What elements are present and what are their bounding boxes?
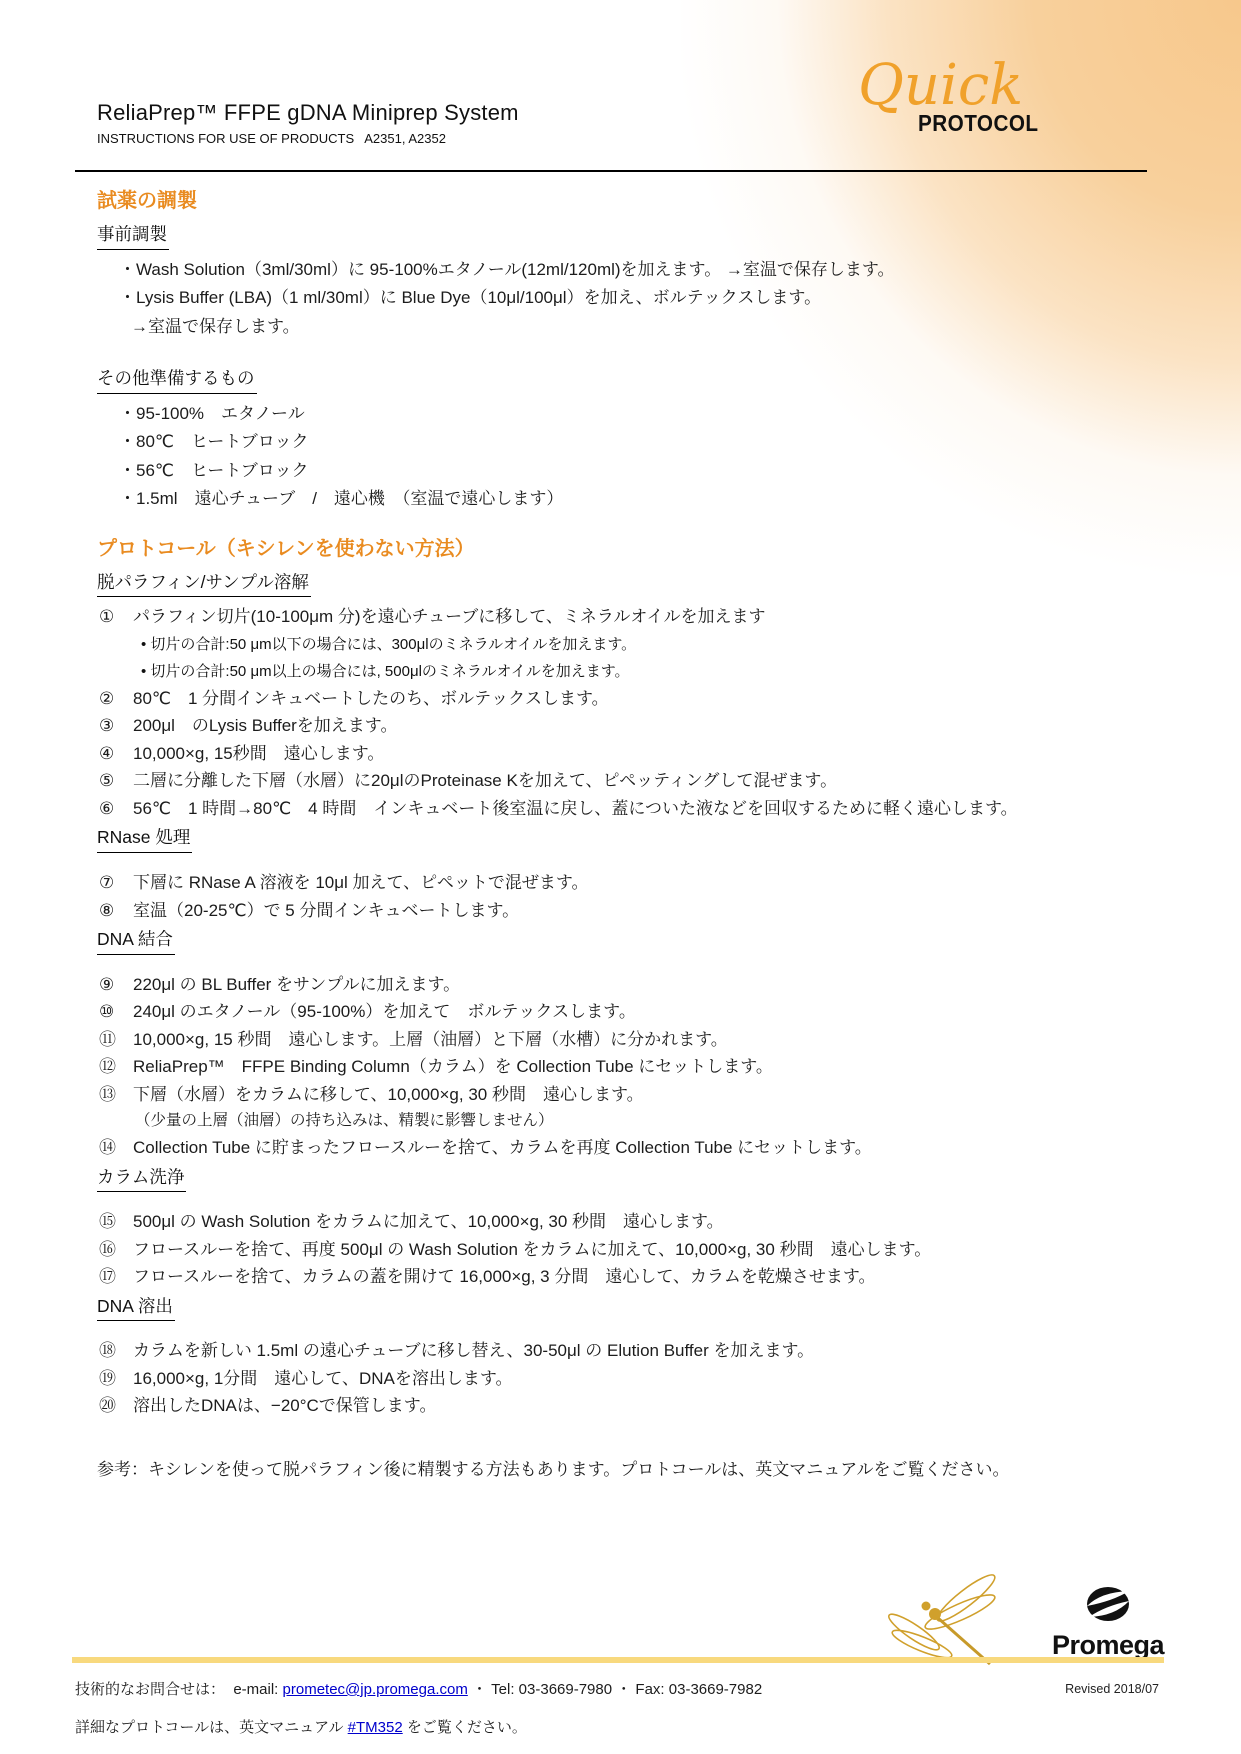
step-text: 下層（水層）をカラムに移して、10,000×g, 30 秒間 遠心します。 [133,1081,1172,1109]
subheading-advance-prep: 事前調製 [97,223,169,250]
manual-tm352-link[interactable]: #TM352 [348,1719,403,1736]
protocol-step-18: ⑱ カラムを新しい 1.5ml の遠心チューブに移し替え、30-50μl の E… [97,1337,1172,1365]
header-divider [75,170,1147,172]
reagent-pre-item-continuation: →室温で保存します。 [97,313,1172,342]
footer-contact-line: 技術的なお問合せは： e-mail: prometec@jp.promega.c… [75,1678,762,1699]
step-text: 二層に分離した下層（水層）に20μlのProteinase Kを加えて、ピペッテ… [133,767,1172,795]
email-link[interactable]: prometec@jp.promega.com [283,1681,468,1698]
protocol-step-7: ⑦ 下層に RNase A 溶液を 10μl 加えて、ピペットで混ぜます。 [97,869,1172,897]
subheading-column-wash: カラム洗浄 [97,1166,186,1193]
step-number: ② [97,685,133,713]
step-number: ① [97,603,133,631]
step-number: ⑯ [97,1236,133,1264]
step-number: ⑱ [97,1337,133,1365]
step-text: フロースルーを捨て、カラムの蓋を開けて 16,000×g, 3 分間 遠心して、… [133,1263,1172,1291]
manual-text-after: をご覧ください。 [403,1719,527,1736]
step-number: ⑧ [97,897,133,925]
contact-label: 技術的なお問合せは： e-mail: [75,1681,283,1698]
step-number: ③ [97,712,133,740]
step-number: ⑪ [97,1026,133,1054]
other-item: ・95-100% エタノール [97,400,1172,429]
step-text: 16,000×g, 1分間 遠心して、DNAを溶出します。 [133,1365,1172,1393]
step-text: カラムを新しい 1.5ml の遠心チューブに移し替え、30-50μl の Elu… [133,1337,1172,1365]
page-title: ReliaPrep™ FFPE gDNA Miniprep System [97,100,519,126]
step-text: Collection Tube に貯まったフロースルーを捨て、カラムを再度 Co… [133,1134,1172,1162]
step-number: ⑦ [97,869,133,897]
section-heading-protocol: プロトコール（キシレンを使わない方法） [97,536,1172,562]
step-text: 220μl の BL Buffer をサンプルに加えます。 [133,971,1172,999]
protocol-step-6: ⑥ 56℃ 1 時間→80℃ 4 時間 インキュベート後室温に戻し、蓋についた液… [97,795,1172,823]
protocol-step-17: ⑰ フロースルーを捨て、カラムの蓋を開けて 16,000×g, 3 分間 遠心し… [97,1263,1172,1291]
protocol-step-11: ⑪ 10,000×g, 15 秒間 遠心します。上層（油層）と下層（水槽）に分か… [97,1026,1172,1054]
revised-date: Revised 2018/07 [1065,1682,1159,1696]
step-text: フロースルーを捨て、再度 500μl の Wash Solution をカラムに… [133,1236,1172,1264]
contact-phone-fax: ・ Tel: 03-3669-7980 ・ Fax: 03-3669-7982 [468,1681,762,1698]
step-number: ⑫ [97,1053,133,1081]
step-13-note: （少量の上層（油層）の持ち込みは、精製に影響しません） [97,1108,1172,1134]
footer-gold-bar [72,1657,1164,1663]
document-header: ReliaPrep™ FFPE gDNA Miniprep System INS… [97,100,519,146]
protocol-step-5: ⑤ 二層に分離した下層（水層）に20μlのProteinase Kを加えて、ピペ… [97,767,1172,795]
protocol-step-10: ⑩ 240μl のエタノール（95-100%）を加えて ボルテックスします。 [97,998,1172,1026]
protocol-step-13: ⑬ 下層（水層）をカラムに移して、10,000×g, 30 秒間 遠心します。 [97,1081,1172,1109]
step-text: 下層に RNase A 溶液を 10μl 加えて、ピペットで混ぜます。 [133,869,1172,897]
reagent-pre-item: ・Wash Solution（3ml/30ml）に 95-100%エタノール(1… [97,256,1172,285]
protocol-step-2: ② 80℃ 1 分間インキュベートしたのち、ボルテックスします。 [97,685,1172,713]
other-item: ・80℃ ヒートブロック [97,428,1172,457]
step-text: 500μl の Wash Solution をカラムに加えて、10,000×g,… [133,1208,1172,1236]
promega-logo: Promega [1048,1585,1168,1661]
step-1-note: • 切片の合計:50 μm以下の場合には、300μlのミネラルオイルを加えます。 [97,631,1172,658]
protocol-step-14: ⑭ Collection Tube に貯まったフロースルーを捨て、カラムを再度 … [97,1134,1172,1162]
step-text: 10,000×g, 15 秒間 遠心します。上層（油層）と下層（水槽）に分かれま… [133,1026,1172,1054]
step-number: ⑭ [97,1134,133,1162]
step-text: 室温（20-25℃）で 5 分間インキュベートします。 [133,897,1172,925]
step-number: ⑩ [97,998,133,1026]
protocol-step-3: ③ 200μl のLysis Bufferを加えます。 [97,712,1172,740]
subheading-rnase-treatment: RNase 処理 [97,826,192,853]
protocol-step-20: ⑳ 溶出したDNAは、−20°Cで保管します。 [97,1392,1172,1420]
step-number: ⑨ [97,971,133,999]
step-text: 56℃ 1 時間→80℃ 4 時間 インキュベート後室温に戻し、蓋についた液など… [133,795,1172,823]
reagent-pre-item: ・Lysis Buffer (LBA)（1 ml/30ml）に Blue Dye… [97,284,1172,313]
protocol-step-15: ⑮ 500μl の Wash Solution をカラムに加えて、10,000×… [97,1208,1172,1236]
subheading-dna-binding: DNA 結合 [97,928,175,955]
step-number: ⑥ [97,795,133,823]
protocol-step-19: ⑲ 16,000×g, 1分間 遠心して、DNAを溶出します。 [97,1365,1172,1393]
protocol-step-16: ⑯ フロースルーを捨て、再度 500μl の Wash Solution をカラ… [97,1236,1172,1264]
step-text: 10,000×g, 15秒間 遠心します。 [133,740,1172,768]
subheading-deparaffinization: 脱パラフィン/サンプル溶解 [97,571,311,598]
protocol-step-4: ④ 10,000×g, 15秒間 遠心します。 [97,740,1172,768]
quick-protocol-logo: Quick PROTOCOL [858,58,1118,148]
footer-manual-line: 詳細なプロトコールは、英文マニュアル #TM352 をご覧ください。 [75,1716,527,1737]
protocol-step-12: ⑫ ReliaPrep™ FFPE Binding Column（カラム）を C… [97,1053,1172,1081]
step-number: ⑮ [97,1208,133,1236]
protocol-step-8: ⑧ 室温（20-25℃）で 5 分間インキュベートします。 [97,897,1172,925]
other-item: ・56℃ ヒートブロック [97,457,1172,486]
quick-logo-text: Quick [858,53,1023,118]
protocol-logo-text: PROTOCOL [918,110,1039,137]
step-1-note: • 切片の合計:50 μm以上の場合には, 500μlのミネラルオイルを加えます… [97,658,1172,685]
section-heading-reagent-prep: 試薬の調製 [97,188,1172,214]
step-text: 240μl のエタノール（95-100%）を加えて ボルテックスします。 [133,998,1172,1026]
reference-note: 参考：キシレンを使って脱パラフィン後に精製する方法もあります。プロトコールは、英… [97,1456,1172,1483]
step-number: ⑤ [97,767,133,795]
step-text: 溶出したDNAは、−20°Cで保管します。 [133,1392,1172,1420]
step-number: ⑰ [97,1263,133,1291]
step-number: ⑬ [97,1081,133,1109]
step-text: パラフィン切片(10-100μm 分)を遠心チューブに移して、ミネラルオイルを加… [133,603,1172,631]
subheading-dna-elution: DNA 溶出 [97,1295,175,1322]
subheading-other-items: その他準備するもの [97,367,257,394]
step-number: ④ [97,740,133,768]
step-number: ⑳ [97,1392,133,1420]
manual-text-before: 詳細なプロトコールは、英文マニュアル [75,1719,348,1736]
document-body: 試薬の調製 事前調製 ・Wash Solution（3ml/30ml）に 95-… [97,188,1172,1483]
step-text: 200μl のLysis Bufferを加えます。 [133,712,1172,740]
page-subtitle: INSTRUCTIONS FOR USE OF PRODUCTS A2351, … [97,131,519,146]
step-text: 80℃ 1 分間インキュベートしたのち、ボルテックスします。 [133,685,1172,713]
other-item: ・1.5ml 遠心チューブ / 遠心機 （室温で遠心します） [97,485,1172,514]
protocol-step-9: ⑨ 220μl の BL Buffer をサンプルに加えます。 [97,971,1172,999]
step-number: ⑲ [97,1365,133,1393]
promega-swirl-icon [1085,1585,1131,1623]
protocol-step-1: ① パラフィン切片(10-100μm 分)を遠心チューブに移して、ミネラルオイル… [97,603,1172,631]
step-text: ReliaPrep™ FFPE Binding Column（カラム）を Col… [133,1053,1172,1081]
